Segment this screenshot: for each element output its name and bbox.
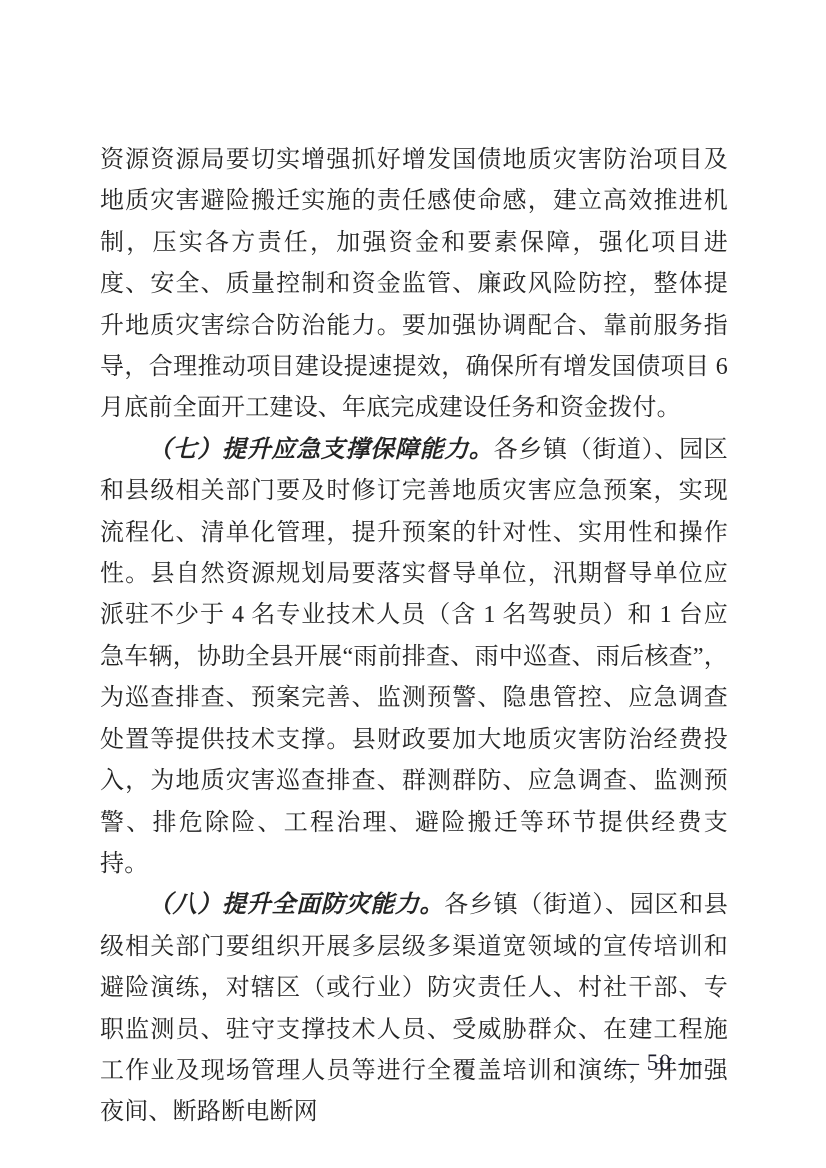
paragraph-body: 各乡镇（街道）、园区和县级相关部门要组织开展多层级多渠道宽领域的宣传培训和避险演… [100,892,728,1125]
paragraph-heading: （七）提升应急支撑保障能力。 [148,437,494,463]
page-number: — 50 — [616,1050,703,1076]
paragraph: （八）提升全面防灾能力。各乡镇（街道）、园区和县级相关部门要组织开展多层级多渠道… [100,885,728,1133]
paragraph-body: 各乡镇（街道）、园区和县级相关部门要及时修订完善地质灾害应急预案，实现流程化、清… [100,437,728,877]
paragraph-body: 资源资源局要切实增强抓好增发国债地质灾害防治项目及地质灾害避险搬迁实施的责任感使… [100,147,728,421]
paragraph: 资源资源局要切实增强抓好增发国债地质灾害防治项目及地质灾害避险搬迁实施的责任感使… [100,140,728,430]
document-text-block: 资源资源局要切实增强抓好增发国债地质灾害防治项目及地质灾害避险搬迁实施的责任感使… [100,140,728,1134]
document-page: 资源资源局要切实增强抓好增发国债地质灾害防治项目及地质灾害避险搬迁实施的责任感使… [0,0,826,1168]
paragraph-heading: （八）提升全面防灾能力。 [148,892,444,918]
paragraph: （七）提升应急支撑保障能力。各乡镇（街道）、园区和县级相关部门要及时修订完善地质… [100,430,728,885]
